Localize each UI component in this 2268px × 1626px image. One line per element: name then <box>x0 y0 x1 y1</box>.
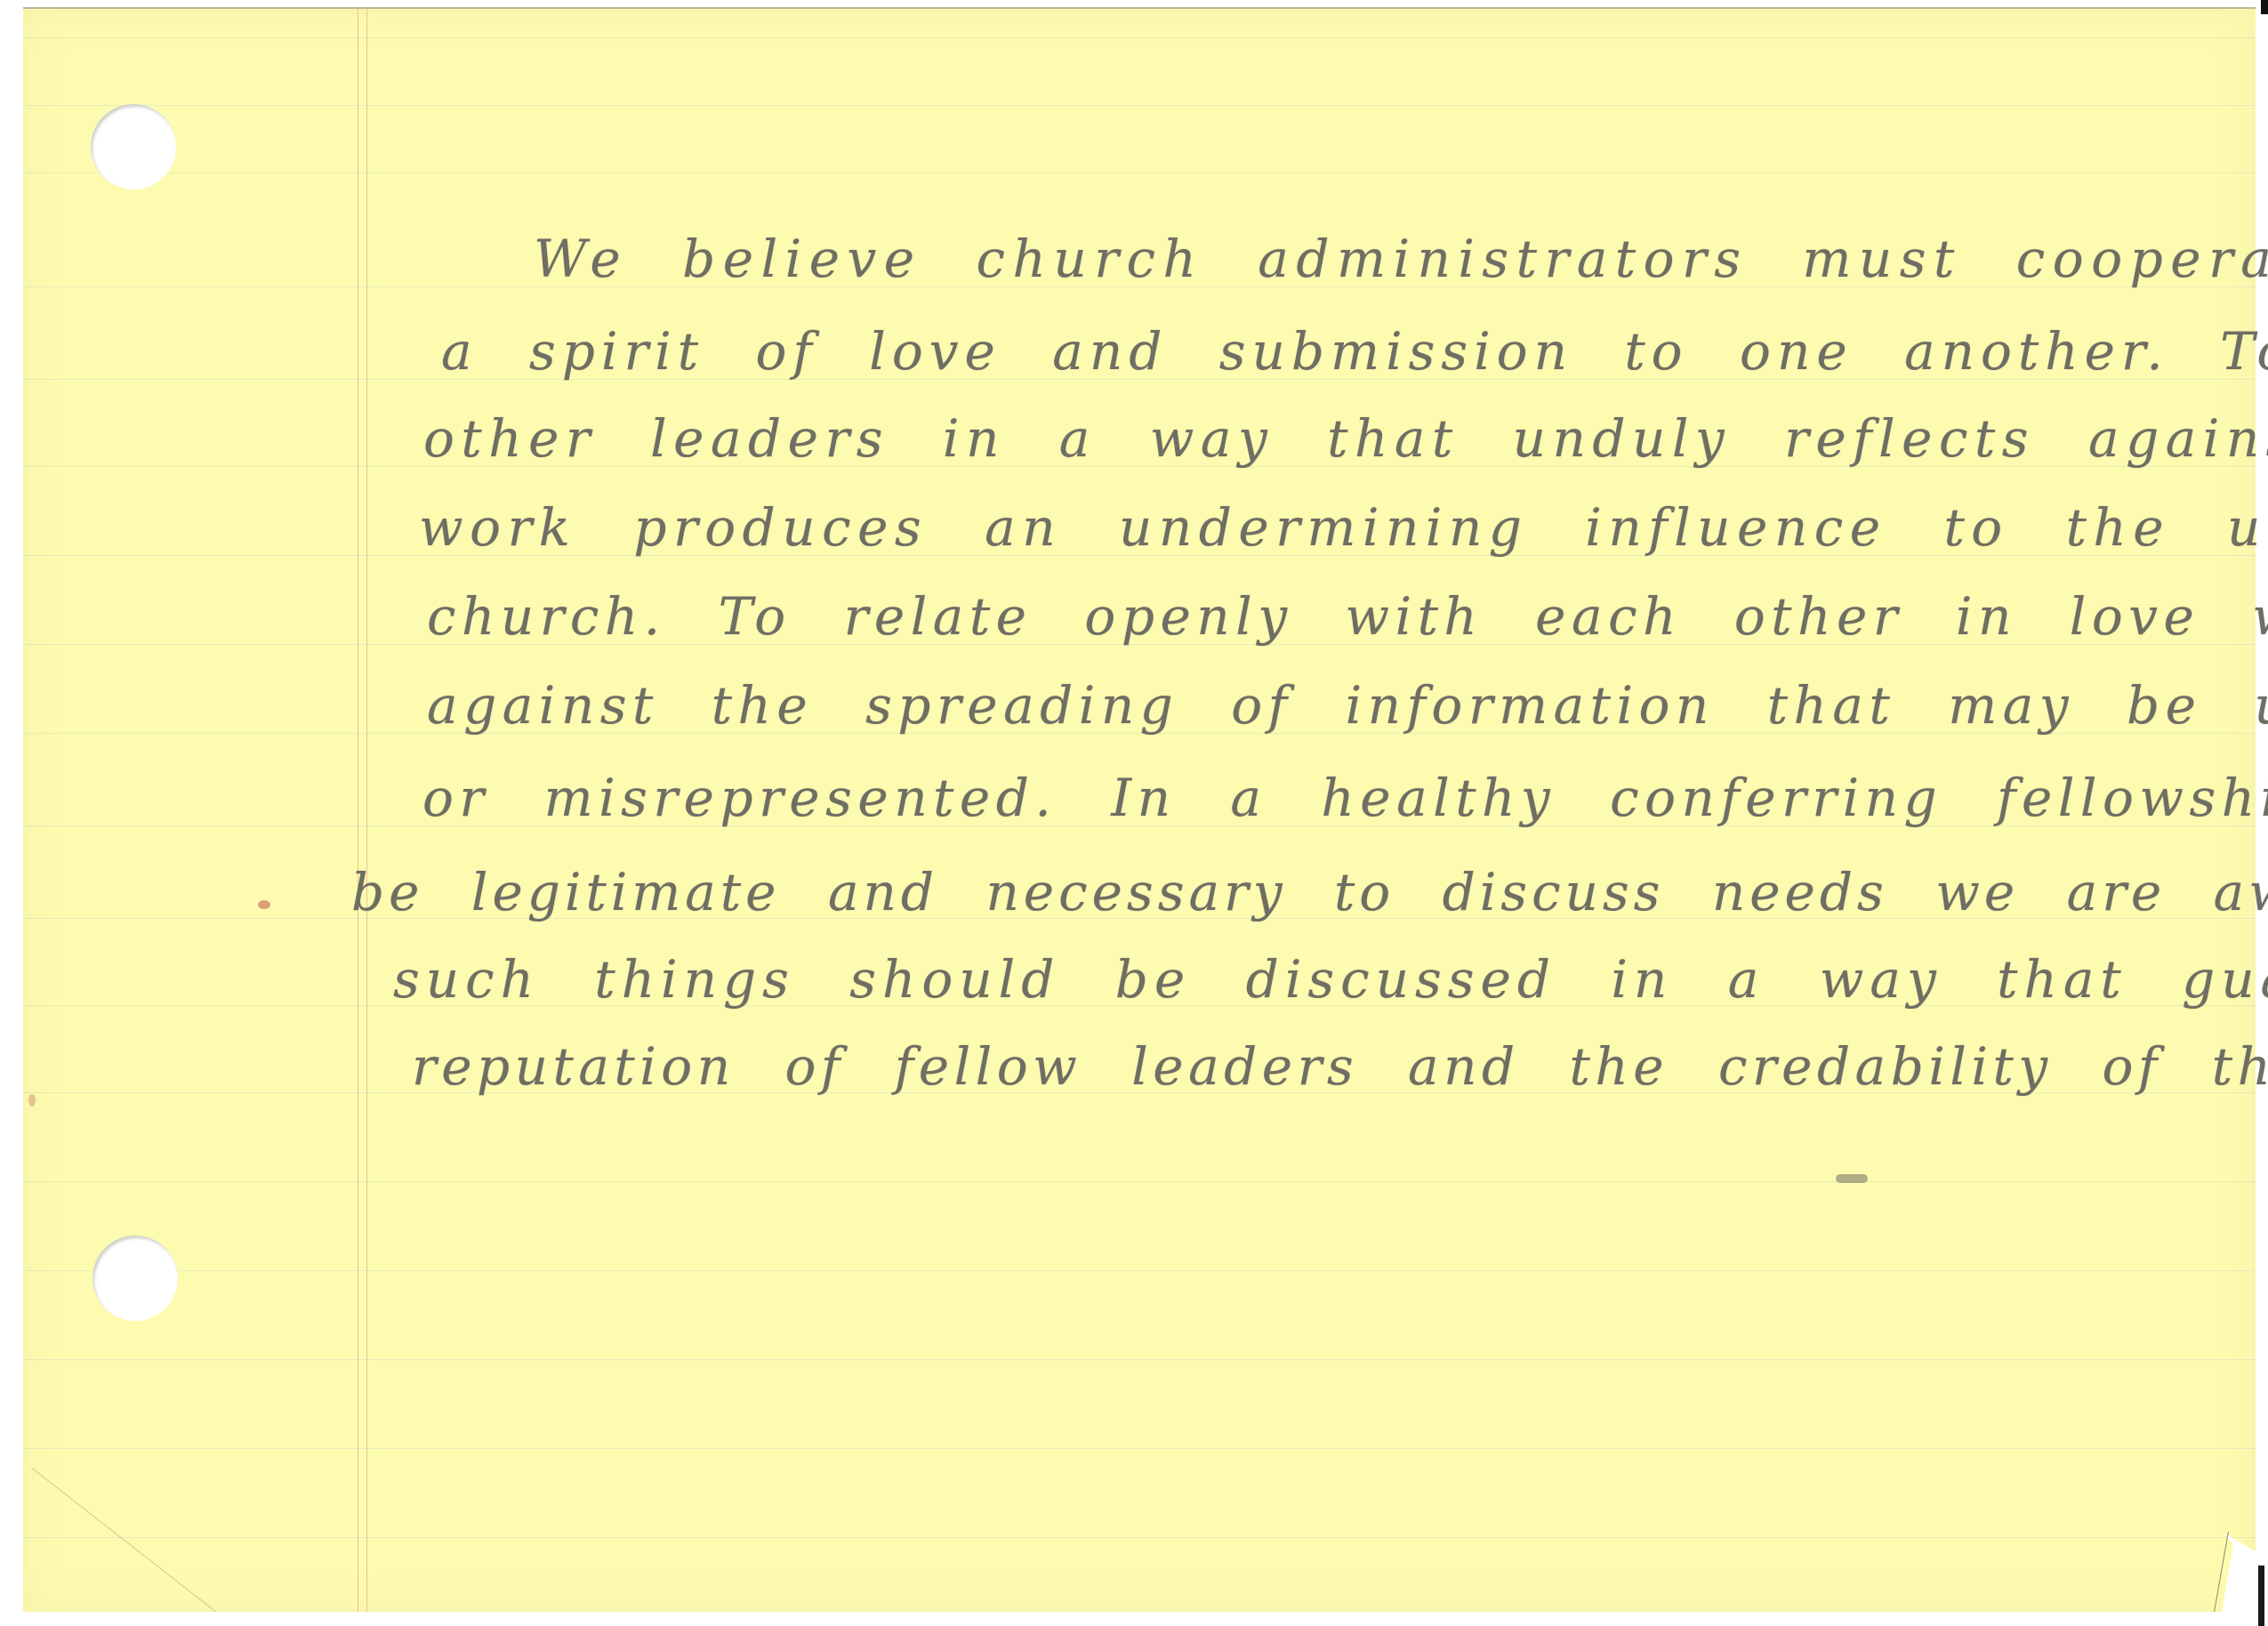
margin-line-right <box>366 9 367 1614</box>
handwritten-line-5: church. To relate openly with each other… <box>427 591 2268 642</box>
handwritten-line-3: other leaders in a way that unduly refle… <box>423 413 2268 464</box>
handwritten-line-7: or misrepresented. In a healthy conferri… <box>422 772 2268 824</box>
handwritten-line-8: be legitimate and necessary to discuss n… <box>351 866 2268 918</box>
punch-hole-bottom <box>92 1236 178 1321</box>
stain-speck <box>258 900 270 909</box>
scanner-edge-top-right <box>2261 0 2268 14</box>
end-mark <box>1836 1174 1868 1183</box>
punch-hole-top <box>91 104 176 189</box>
paper-crease <box>32 1468 243 1626</box>
handwritten-line-10: reputation of fellow leaders and the cre… <box>412 1041 2268 1092</box>
handwritten-line-6: against the spreading of information tha… <box>427 680 2268 731</box>
handwritten-line-2: a spirit of love and submission to one a… <box>441 326 2268 377</box>
handwritten-line-4: work produces an undermining influence t… <box>419 502 2268 553</box>
scanner-edge-bottom-right <box>2258 1566 2264 1626</box>
margin-line-left <box>358 9 358 1614</box>
handwritten-line-1: We believe church administrators must co… <box>534 233 2268 285</box>
handwritten-line-9: such things should be discussed in a way… <box>393 954 2268 1005</box>
stain-speck <box>28 1094 36 1107</box>
